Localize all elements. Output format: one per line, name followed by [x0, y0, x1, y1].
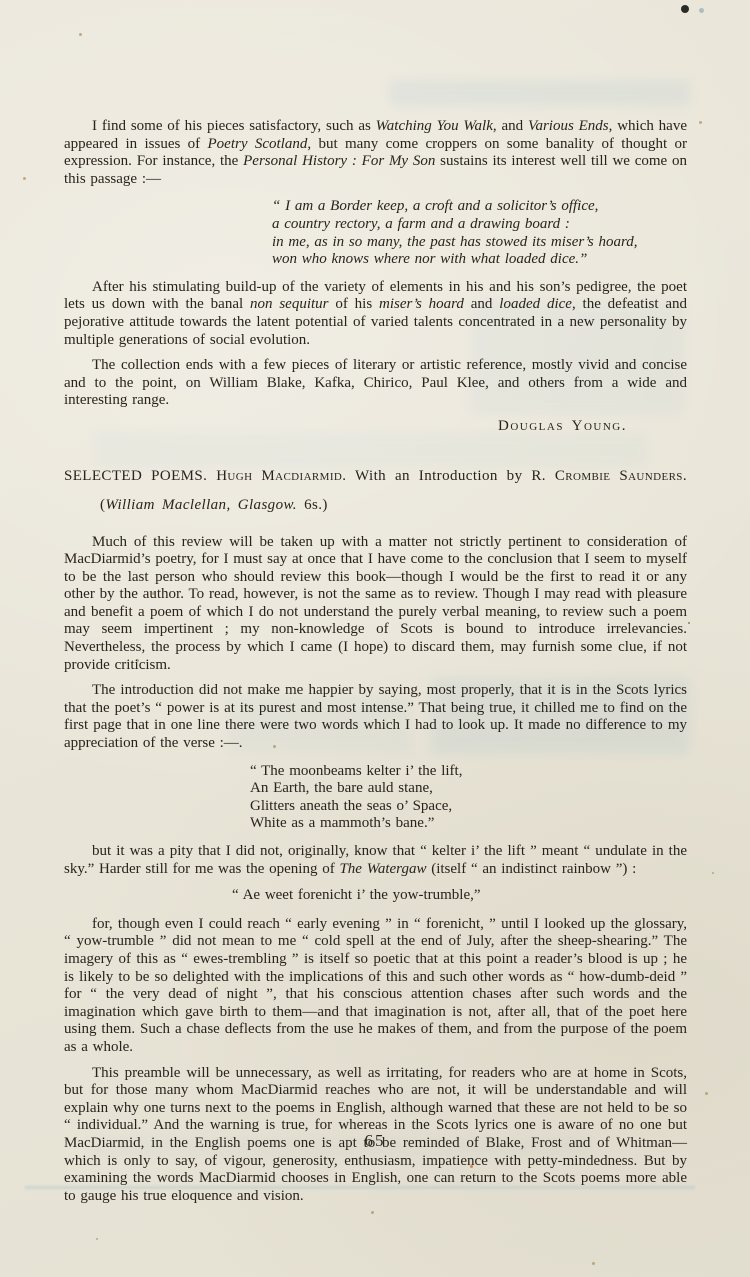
- verse-line: won who knows where nor with what loaded…: [272, 251, 687, 269]
- ink-dot-faint: [699, 8, 704, 13]
- verse-line: Glitters aneath the seas o’ Space,: [250, 798, 687, 816]
- verse-line: An Earth, the bare auld stane,: [250, 780, 687, 798]
- book-page-scan: I find some of his pieces satisfactory, …: [0, 0, 750, 1277]
- paragraph-after-buildup: After his stimulating build-up of the va…: [64, 279, 687, 349]
- paragraph-introduction: The introduction did not make me happier…: [64, 682, 687, 752]
- paper-speck: [699, 121, 702, 124]
- verse-line: White as a mammoth’s bane.”: [250, 815, 687, 833]
- paper-speck: [705, 1092, 708, 1095]
- review-text-block: I find some of his pieces satisfactory, …: [64, 118, 687, 1213]
- paragraph-glossary: for, though even I could reach “ early e…: [64, 916, 687, 1057]
- paper-speck: [592, 1262, 595, 1265]
- paper-speck: [712, 872, 714, 874]
- review-heading-selected-poems: SELECTED POEMS. Hugh Macdiarmid. With an…: [64, 462, 687, 520]
- paragraph-pieces-satisfactory: I find some of his pieces satisfactory, …: [64, 118, 687, 188]
- paper-speck: [688, 622, 690, 624]
- paper-speck: [96, 1238, 98, 1240]
- verse-quote-watergaw-line: “ Ae weet forenicht i’ the yow-trumble,”: [232, 887, 687, 905]
- paragraph-collection-ends: The collection ends with a few pieces of…: [64, 357, 687, 410]
- paper-speck: [79, 33, 82, 36]
- paragraph-pity: but it was a pity that I did not, origin…: [64, 843, 687, 878]
- page-number: 65: [0, 1131, 750, 1151]
- verse-line: in me, as in so many, the past has stowe…: [272, 234, 687, 252]
- verse-line: a country rectory, a farm and a drawing …: [272, 216, 687, 234]
- verse-quote-border-keep: “ I am a Border keep, a croft and a soli…: [272, 198, 687, 268]
- verse-line: “ The moonbeams kelter i’ the lift,: [250, 763, 687, 781]
- bleedthrough-ghost: [390, 80, 690, 106]
- paper-speck: [23, 177, 26, 180]
- verse-line: “ I am a Border keep, a croft and a soli…: [272, 198, 687, 216]
- ink-dot: [681, 5, 689, 13]
- reviewer-signature: Douglas Young.: [64, 418, 627, 436]
- paragraph-much-of-review: Much of this review will be taken up wit…: [64, 534, 687, 675]
- verse-quote-moonbeams: “ The moonbeams kelter i’ the lift, An E…: [250, 763, 687, 833]
